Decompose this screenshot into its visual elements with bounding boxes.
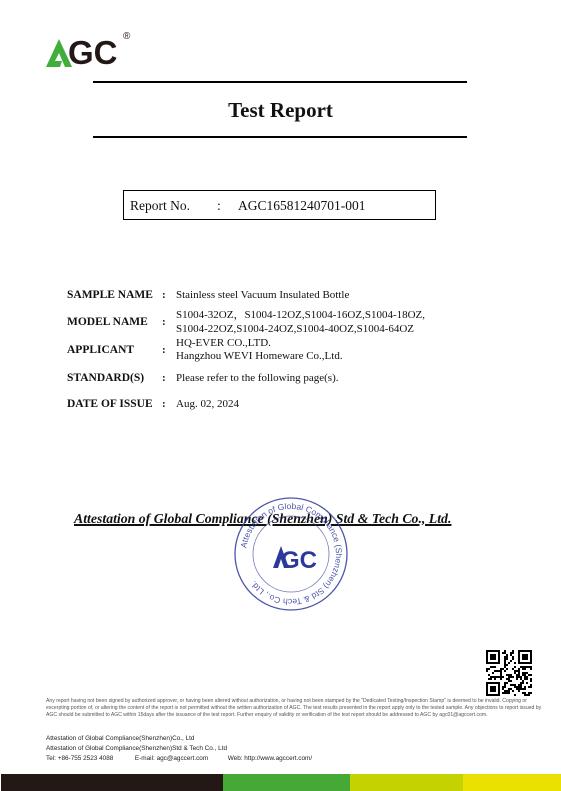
field-value: S1004-32OZ，S1004-12OZ,S1004-16OZ,S1004-1… [176,309,425,322]
field-label: DATE OF ISSUE [67,398,153,410]
color-bar-green [223,774,350,791]
agc-logo: GC ® [46,32,146,72]
field-label: STANDARD(S) [67,372,144,384]
page-title: Test Report [0,98,561,123]
footer-tel: Tel: +86-755 2523 4088 [46,755,113,762]
field-value: Hangzhou WEVI Homeware Co.,Ltd. [176,350,343,363]
color-bar-lime [350,774,463,791]
registered-mark: ® [123,31,130,42]
report-number-box: Report No. : AGC16581240701-001 [123,190,436,220]
field-value: Aug. 02, 2024 [176,398,239,411]
field-value: Stainless steel Vacuum Insulated Bottle [176,289,349,302]
footer-email[interactable]: E-mail: agc@agccert.com [135,755,208,762]
field-value: Please refer to the following page(s). [176,372,339,385]
field-colon: : [162,289,166,301]
field-label: MODEL NAME [67,316,148,328]
field-colon: : [162,372,166,384]
company-stamp: Attestation of Global Compliance (Shenzh… [233,496,349,612]
field-label: SAMPLE NAME [67,289,153,301]
stamp-seal-icon: Attestation of Global Compliance (Shenzh… [233,496,349,612]
qr-code [486,650,532,696]
svg-text:GC: GC [281,547,317,574]
disclaimer-text: Any report having not been signed by aut… [46,698,546,718]
title-rule-top [93,81,467,83]
color-bar-yellow [463,774,561,791]
color-bar-dark [1,774,223,791]
title-rule-bottom [93,136,467,138]
footer-company-1: Attestation of Global Compliance(Shenzhe… [46,735,195,742]
footer-company-2: Attestation of Global Compliance(Shenzhe… [46,745,227,752]
field-label: APPLICANT [67,344,134,356]
footer-web[interactable]: Web: http://www.agccert.com/ [228,755,312,762]
footer-contact: Tel: +86-755 2523 4088 E-mail: agc@agcce… [46,755,312,762]
field-colon: : [162,344,166,356]
logo-text: GC [68,34,118,72]
report-number-label: Report No. [130,198,190,214]
field-value: HQ-EVER CO.,LTD. [176,337,271,350]
qr-code-icon [486,650,532,696]
field-colon: : [162,316,166,328]
field-colon: : [162,398,166,410]
report-number-value: AGC16581240701-001 [238,198,366,214]
field-value: S1004-22OZ,S1004-24OZ,S1004-40OZ,S1004-6… [176,323,414,336]
report-number-colon: : [217,198,221,214]
